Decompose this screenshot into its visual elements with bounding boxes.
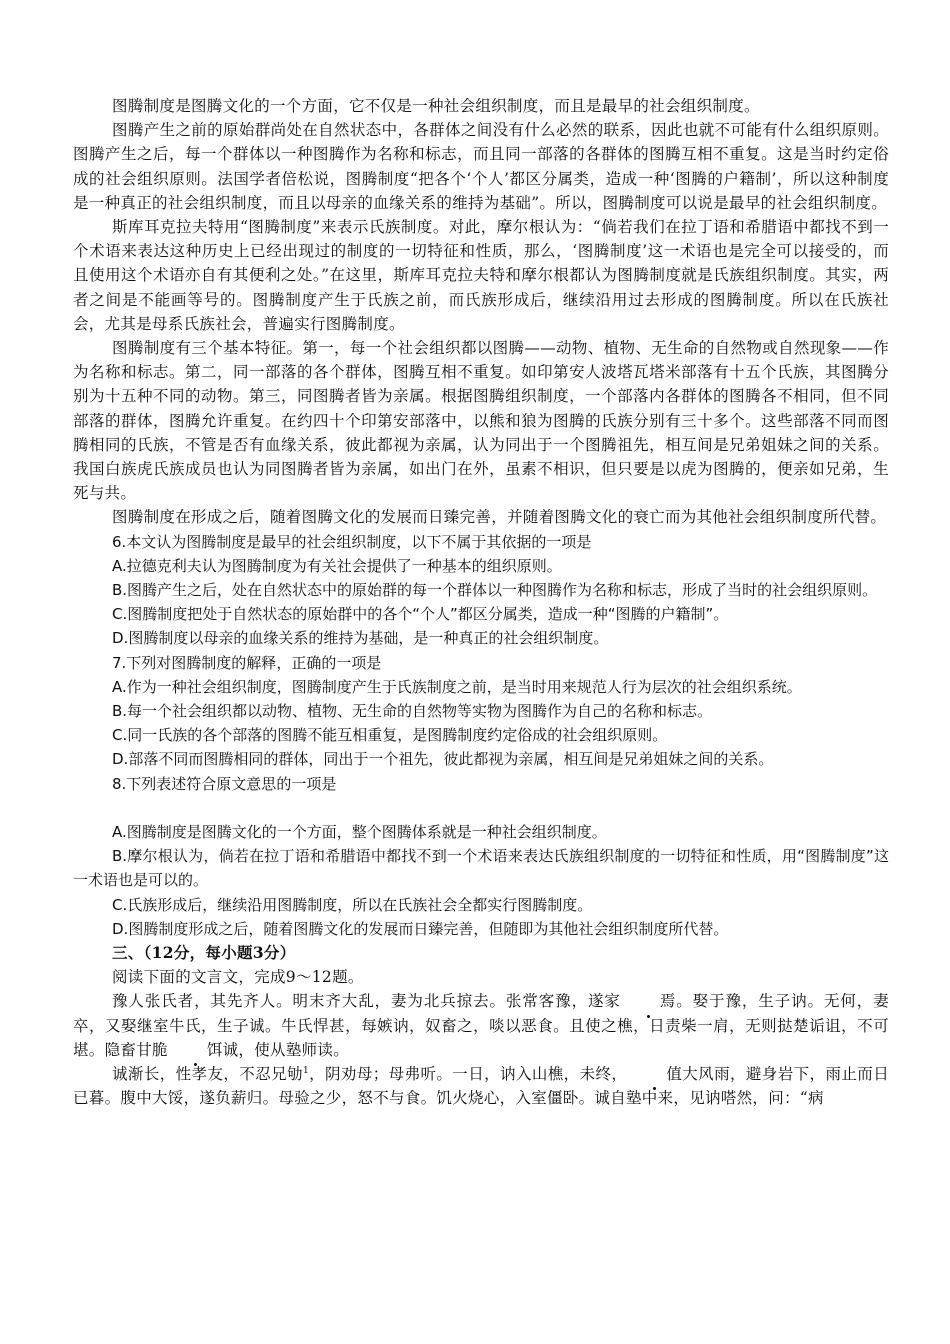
answer-option-b: B.图腾产生之后，处在自然状态中的原始群的每一个群体以一种图腾作为名称和标志，形…: [73, 578, 889, 602]
answer-option-a: A.作为一种社会组织制度，图腾制度产生于氏族制度之前，是当时用来规范人行为层次的…: [73, 675, 889, 699]
passage-paragraph: 图腾产生之前的原始群尚处在自然状态中，各群体之间没有什么必然的联系，因此也就不可…: [73, 118, 889, 215]
answer-option-d: D.图腾制度以母亲的血缘关系的维持为基础，是一种真正的社会组织制度。: [73, 626, 889, 650]
question-7: 7.下列对图腾制度的解释，正确的一项是 A.作为一种社会组织制度，图腾制度产生于…: [73, 651, 889, 772]
reading-passage: 图腾制度是图腾文化的一个方面，它不仅是一种社会组织制度，而且是最早的社会组织制度…: [73, 94, 889, 530]
text-run: 诚，使从塾师读。: [223, 1041, 349, 1059]
passage-paragraph: 斯库耳克拉夫特用“图腾制度”来表示氏族制度。对此，摩尔根认为：“倘若我们在拉丁语…: [73, 215, 889, 336]
answer-option-c: C.氏族形成后，继续沿用图腾制度，所以在氏族社会全都实行图腾制度。: [73, 893, 889, 917]
text-run: 豫人张氏者，其先齐人。明末齐大乱，妻为北兵掠去。张常客豫，遂家: [112, 992, 621, 1010]
question-stem: 7.下列对图腾制度的解释，正确的一项是: [73, 651, 889, 675]
section-heading: 三、（12分，每小题3分）: [73, 941, 889, 965]
text-run: ，阴劝母；母弗听。一日，讷入山樵，未终，: [309, 1065, 627, 1083]
emphasis-dot-char: 饵: [168, 1038, 223, 1062]
exam-page: 图腾制度是图腾文化的一个方面，它不仅是一种社会组织制度，而且是最早的社会组织制度…: [73, 94, 889, 1110]
passage-paragraph: 图腾制度是图腾文化的一个方面，它不仅是一种社会组织制度，而且是最早的社会组织制度…: [73, 94, 889, 118]
answer-option-d: D.图腾制度形成之后，随着图腾文化的发展而日臻完善，但随即为其他社会组织制度所代…: [73, 917, 889, 941]
section-instruction: 阅读下面的文言文，完成9～12题。: [73, 965, 889, 989]
question-stem: 8.下列表述符合原文意思的一项是: [73, 772, 889, 796]
text-run: 诚渐长，性孝友，不忍兄劬: [112, 1065, 303, 1083]
answer-option-c: C.同一氏族的各个部落的图腾不能互相重复，是图腾制度约定俗成的社会组织原则。: [73, 723, 889, 747]
answer-option-a: A.拉德克利夫认为图腾制度为有关社会提供了一种基本的组织原则。: [73, 554, 889, 578]
answer-option-b: B.摩尔根认为，倘若在拉丁语和希腊语中都找不到一个术语来表达氏族组织制度的一切特…: [73, 844, 889, 892]
emphasis-dot-char: 焉: [621, 989, 676, 1013]
question-6: 6.本文认为图腾制度是最早的社会组织制度，以下不属于其依据的一项是 A.拉德克利…: [73, 530, 889, 651]
answer-option-a: A.图腾制度是图腾文化的一个方面，整个图腾体系就是一种社会组织制度。: [73, 820, 889, 844]
section-3: 三、（12分，每小题3分） 阅读下面的文言文，完成9～12题。 豫人张氏者，其先…: [73, 941, 889, 1110]
passage-paragraph: 图腾制度在形成之后，随着图腾文化的发展而日臻完善，并随着图腾文化的衰亡而为其他社…: [73, 505, 889, 529]
classical-paragraph: 豫人张氏者，其先齐人。明末齐大乱，妻为北兵掠去。张常客豫，遂家焉。娶于豫，生子讷…: [73, 989, 889, 1062]
answer-option-d: D.部落不同而图腾相同的群体，同出于一个祖先，彼此都视为亲属，相互间是兄弟姐妹之…: [73, 747, 889, 771]
emphasis-dot-char: 值: [627, 1062, 682, 1086]
answer-option-b: B.每一个社会组织都以动物、植物、无生命的自然物等实物为图腾作为自己的名称和标志…: [73, 699, 889, 723]
classical-paragraph: 诚渐长，性孝友，不忍兄劬1，阴劝母；母弗听。一日，讷入山樵，未终，值大风雨，避身…: [73, 1062, 889, 1110]
blank-gap: [73, 796, 889, 820]
question-stem: 6.本文认为图腾制度是最早的社会组织制度，以下不属于其依据的一项是: [73, 530, 889, 554]
passage-paragraph: 图腾制度有三个基本特征。第一，每一个社会组织都以图腾——动物、植物、无生命的自然…: [73, 336, 889, 505]
question-8: 8.下列表述符合原文意思的一项是 A.图腾制度是图腾文化的一个方面，整个图腾体系…: [73, 772, 889, 941]
answer-option-c: C.图腾制度把处于自然状态的原始群中的各个“个人”都区分属类，造成一种“图腾的户…: [73, 602, 889, 626]
